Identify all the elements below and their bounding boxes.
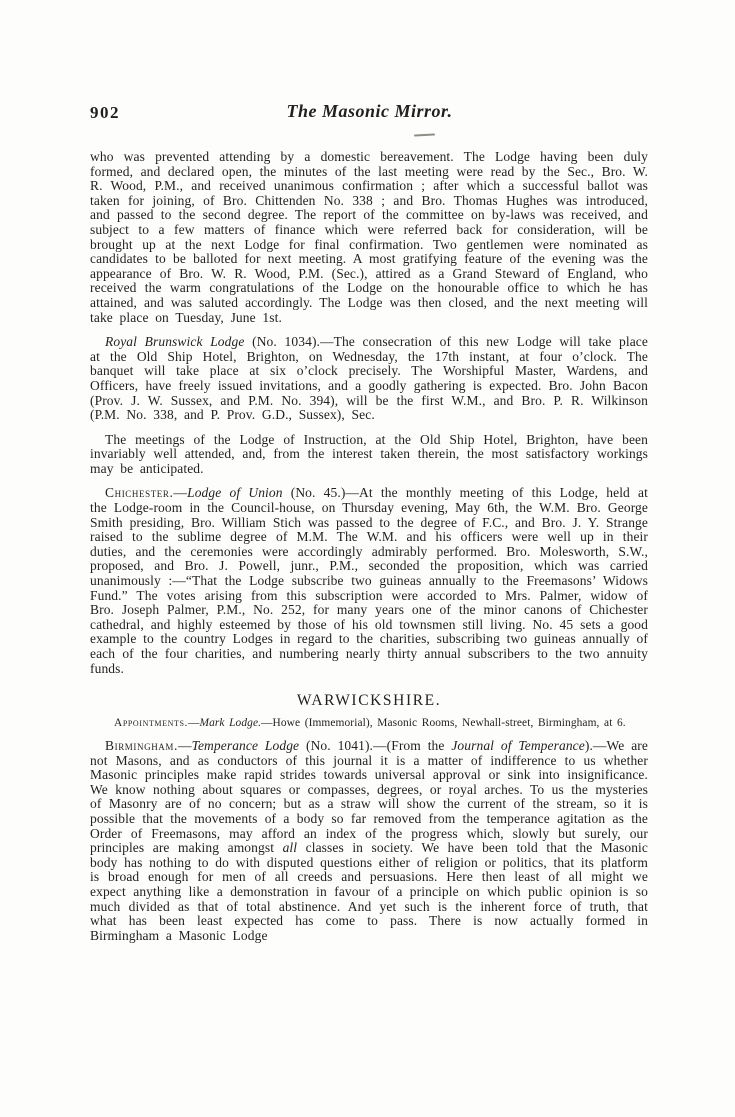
paragraph-birmingham-temperance-lodge: Birmingham.—Temperance Lodge (No. 1041).… xyxy=(90,739,648,943)
italic-text-run: Lodge of Union xyxy=(187,485,283,500)
text-run: — xyxy=(178,738,192,753)
paragraph-chichester-lodge-of-union: Chichester.—Lodge of Union (No. 45.)—At … xyxy=(90,486,648,676)
italic-text-run: Temperance Lodge xyxy=(192,738,300,753)
page-body: who was prevented attending by a domesti… xyxy=(90,150,648,953)
scan-mark-dash xyxy=(414,133,435,136)
text-run: — xyxy=(188,717,200,729)
smallcaps-text-run: Chichester. xyxy=(105,485,173,500)
scanned-document-page: 902 The Masonic Mirror. who was prevente… xyxy=(0,0,735,1117)
paragraph-lodge-report-continuation: who was prevented attending by a domesti… xyxy=(90,150,648,325)
section-heading-warwickshire: WARWICKSHIRE. xyxy=(90,694,648,709)
text-run: — xyxy=(173,485,187,500)
smallcaps-text-run: Birmingham. xyxy=(105,738,178,753)
text-run: (No. 45.)—At the monthly meeting of this… xyxy=(90,485,648,675)
italic-text-run: Royal Brunswick Lodge xyxy=(105,334,244,349)
text-run: (No. 1041).—(From the xyxy=(299,738,451,753)
journal-title: The Masonic Mirror. xyxy=(90,101,649,122)
smallcaps-text-run: Appointments. xyxy=(114,717,188,729)
text-run: ).—We are not Masons, and as conductors … xyxy=(90,738,648,855)
italic-text-run: Journal of Temperance xyxy=(451,738,585,753)
text-run: —Howe (Immemorial), Masonic Rooms, Newha… xyxy=(261,717,626,729)
italic-text-run: Mark Lodge. xyxy=(200,717,262,729)
page-header: 902 The Masonic Mirror. xyxy=(90,101,649,127)
text-run: classes in society. We have been told th… xyxy=(90,840,648,943)
italic-text-run: all xyxy=(283,840,298,855)
page-number: 902 xyxy=(90,103,120,123)
text-run: who was prevented attending by a domesti… xyxy=(90,149,648,325)
text-run: The meetings of the Lodge of Instruction… xyxy=(90,432,648,476)
paragraph-lodge-of-instruction: The meetings of the Lodge of Instruction… xyxy=(90,433,648,477)
paragraph-appointments: Appointments.—Mark Lodge.—Howe (Immemori… xyxy=(90,717,648,730)
paragraph-royal-brunswick-lodge: Royal Brunswick Lodge (No. 1034).—The co… xyxy=(90,335,648,423)
